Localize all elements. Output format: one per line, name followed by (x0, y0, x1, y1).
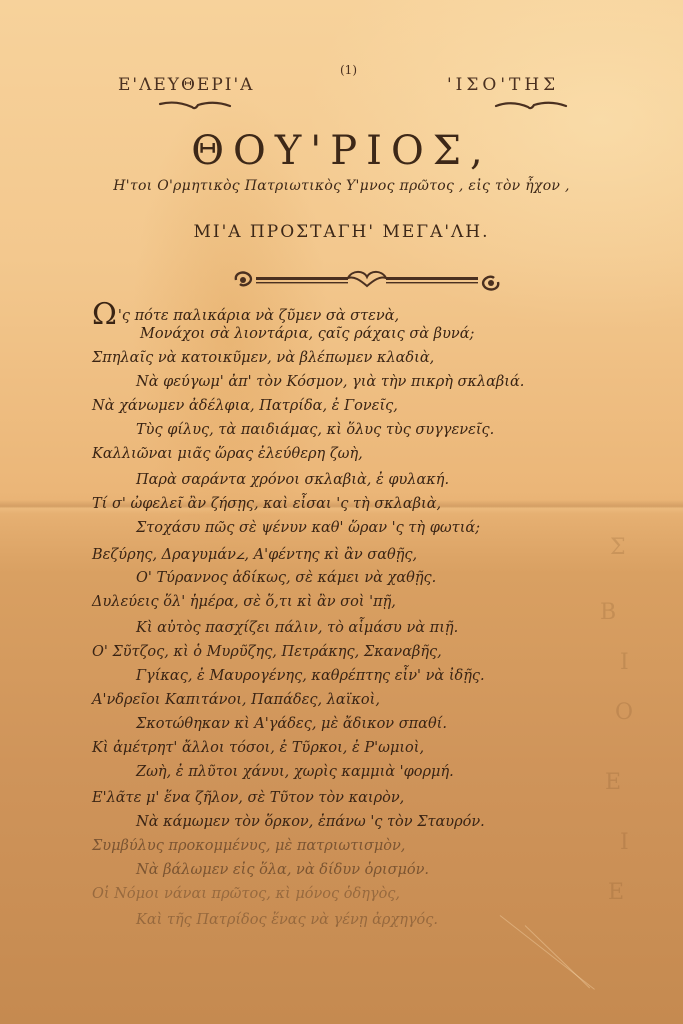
poem-line: Καλλιῶναι μιᾶς ὥρας ἐλεύθερη ζωὴ, (92, 446, 363, 462)
page-number: (1) (340, 63, 357, 77)
poem-line: Κὶ ἀμέτρητ' ἄλλοι τόσοι, ἐ Τῦρκοι, ἐ Ρ'ω… (92, 740, 424, 756)
swash-ornament-icon (494, 98, 568, 112)
poem-line: Α'νδρεῖοι Καπιτάνοι, Παπάδες, λαϊκοὶ, (92, 692, 380, 708)
header-left-liberty: Ε'ΛΕΥΘΕΡΙ'Α (118, 75, 254, 95)
poem-line: Κὶ αὐτὸς πασχίζει πάλιν, τὸ αἷμάσυ νὰ πι… (136, 620, 458, 636)
poem-line: Οἱ Νόμοι νάναι πρῶτος, κὶ μόνος ὁδηγὸς, (92, 886, 400, 902)
decorative-rule-ornament-icon (232, 268, 502, 294)
poem-line: Συμβύλυς προκομμένυς, μὲ πατριωτισμὸν, (92, 838, 405, 854)
poem-line: Στοχάσυ πῶς σὲ ψένυν καθ' ὥραν 'ς τὴ φωτ… (136, 520, 480, 536)
subtitle-tune: ΜΙ'Α ΠΡΟΣΤΑΓΗ' ΜΕΓΑ'ΛΗ. (0, 222, 683, 242)
poem-line: Καὶ τῆς Πατρίδος ἕνας νὰ γένῃ ἀρχηγός. (136, 912, 438, 928)
poem-line: Ζωὴ, ἐ πλῦτοι χάνυι, χωρὶς καμμιὰ 'φορμή… (136, 764, 454, 780)
poem-line: Ε'λᾶτε μ' ἕνα ζῆλον, σὲ Τῦτον τὸν καιρὸν… (92, 790, 404, 806)
drop-cap: Ω (92, 297, 117, 332)
poem-line: Σπηλαῖς νὰ κατοικῦμεν, νὰ βλέπωμεν κλαδι… (92, 350, 434, 366)
header-right-equality: 'ΙΣΟ'ΤΗΣ (447, 75, 559, 95)
poem-line: Γγίκας, ἐ Μαυρογένης, καθρέπτης εἶν' νὰ … (136, 668, 485, 684)
page-header: Ε'ΛΕΥΘΕΡΙ'Α (1) 'ΙΣΟ'ΤΗΣ (0, 63, 683, 103)
poem-line-text: 'ς πότε παλικάρια νὰ ζῦμεν σὰ στενὰ, (118, 308, 399, 324)
poem-line: Σκοτώθηκαν κὶ Α'γάδες, μὲ ἄδικον σπαθί. (136, 716, 447, 732)
poem-line: Νὰ φεύγωμ' ἀπ' τὸν Κόσμον, γιὰ τὴν πικρὴ… (136, 374, 524, 390)
swash-ornament-icon (158, 98, 232, 112)
poem-line: Βεζύρης, Δραγυμάν𐅵, Α'φέντης κὶ ἂν σαθῇς… (92, 544, 417, 569)
poem-line: Δυλεύεις ὅλ' ἡμέρα, σὲ ὅ,τι κὶ ἂν σοὶ 'π… (92, 594, 396, 610)
paper-scratch (525, 925, 590, 988)
poem-line: Τὺς φίλυς, τὰ παιδιάμας, κὶ ὅλυς τὺς συγ… (136, 422, 494, 438)
poem-line: Νὰ κάμωμεν τὸν ὅρκον, ἐπάνω 'ς τὸν Σταυρ… (136, 814, 485, 830)
poem-line: Παρὰ σαράντα χρόνοι σκλαβιὰ, ἐ φυλακή. (136, 472, 449, 488)
poem-line: Νὰ βάλωμεν εἰς ὅλα, νὰ δίδυν ὁρισμόν. (136, 862, 429, 878)
poem-line: Ο' Τύραννος ἀδίκως, σὲ κάμει νὰ χαθῇς. (136, 570, 436, 586)
page-title: ΘΟΥ'ΡΙΟΣ, (0, 128, 683, 174)
subtitle: Η'τοι Ο'ρμητικὸς Πατριωτικὸς Υ'μνος πρῶτ… (0, 178, 683, 194)
poem-line: Ο' Σῦτζος, κὶ ὁ Μυρῦζης, Πετράκης, Σκανα… (92, 644, 442, 660)
poem-line: Τί σ' ὠφελεῖ ἂν ζήσῃς, καὶ εἶσαι 'ς τὴ σ… (92, 496, 441, 512)
poem-line: Μονάχοι σὰ λιοντάρια, ςαῖς ράχαις σὰ βυν… (140, 326, 474, 342)
poem-line: Νὰ χάνωμεν ἀδέλφια, Πατρίδα, ἐ Γονεῖς, (92, 398, 398, 414)
